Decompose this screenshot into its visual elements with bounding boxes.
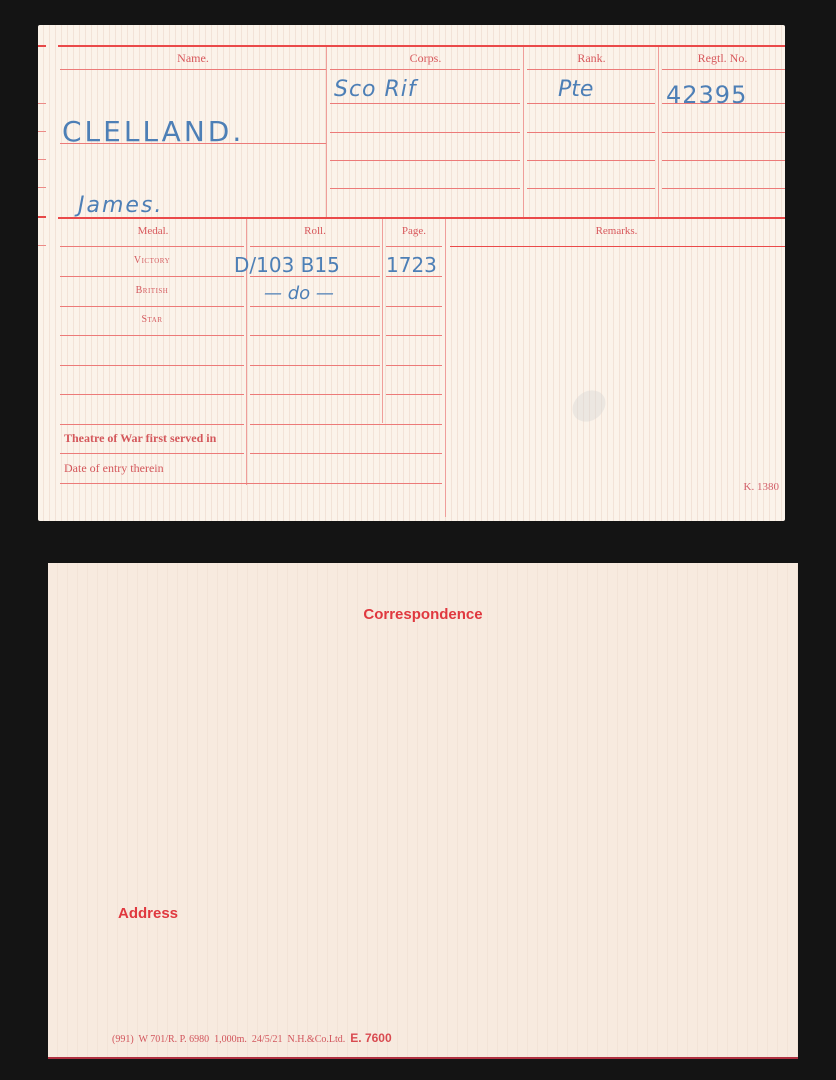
medal-row-rule (386, 306, 442, 307)
margin-tick (38, 45, 46, 47)
name-header-rule (60, 69, 326, 70)
regtl-header-rule (662, 69, 785, 70)
watermark-leaf-icon (568, 384, 610, 427)
forename-entry: James. (78, 193, 163, 218)
row-rule (330, 188, 520, 189)
british-roll-entry: — do — (264, 283, 334, 304)
section-rule (58, 217, 785, 219)
regtl-no-header: Regtl. No. (660, 51, 785, 66)
row-rule (330, 103, 520, 104)
form-number: K. 1380 (744, 481, 779, 493)
row-rule (330, 132, 520, 133)
date-of-entry-label: Date of entry therein (64, 461, 164, 476)
row-rule (662, 188, 785, 189)
medal-row-rule (60, 306, 244, 307)
column-divider (658, 47, 659, 217)
printer-imprint-text: (991) W 701/R. P. 6980 1,000m. 24/5/21 N… (112, 1034, 345, 1045)
medal-row-rule (386, 394, 442, 395)
remarks-header: Remarks. (448, 225, 785, 237)
corps-header: Corps. (328, 51, 523, 66)
corps-header-rule (330, 69, 520, 70)
margin-tick (38, 245, 46, 246)
medal-row-rule (60, 424, 244, 425)
roll-header: Roll. (248, 225, 382, 237)
medal-star-label: Star (60, 314, 244, 325)
row-rule (527, 188, 655, 189)
row-rule (662, 132, 785, 133)
victory-page-entry: 1723 (386, 253, 437, 277)
row-rule (527, 132, 655, 133)
row-rule (662, 160, 785, 161)
medal-row-rule (60, 365, 244, 366)
medal-row-rule (250, 306, 380, 307)
rank-entry: Pte (558, 77, 593, 102)
rank-header-rule (527, 69, 655, 70)
medal-row-rule (250, 365, 380, 366)
top-rule (58, 45, 785, 47)
margin-tick (38, 216, 46, 218)
row-rule (527, 160, 655, 161)
theatre-of-war-value (250, 427, 442, 451)
medal-row-rule (250, 246, 380, 247)
printer-imprint: (991) W 701/R. P. 6980 1,000m. 24/5/21 N… (112, 1031, 392, 1045)
column-divider (382, 219, 383, 423)
medal-row-rule (60, 394, 244, 395)
margin-tick (38, 159, 46, 160)
medal-row-rule (386, 335, 442, 336)
victory-roll-entry: D/103 B15 (234, 253, 340, 277)
medal-row-rule (250, 453, 442, 454)
row-rule (330, 160, 520, 161)
medal-victory-label: Victory (60, 255, 244, 266)
remarks-rule (450, 246, 785, 247)
column-divider (523, 47, 524, 217)
correspondence-label: Correspondence (48, 606, 798, 623)
margin-tick (38, 103, 46, 104)
medal-row-rule (386, 246, 442, 247)
medal-row-rule (250, 394, 380, 395)
margin-tick (38, 131, 46, 132)
corps-entry: Sco Rif (334, 77, 417, 102)
medal-row-rule (60, 335, 244, 336)
name-header: Name. (60, 51, 326, 66)
medal-row-rule (386, 365, 442, 366)
page-header: Page. (384, 225, 444, 237)
medal-header: Medal. (60, 225, 246, 237)
medal-index-card-back: Correspondence Address (991) W 701/R. P.… (48, 563, 798, 1059)
medal-row-rule (60, 246, 244, 247)
date-of-entry-value (250, 456, 442, 480)
print-code: E. 7600 (350, 1031, 391, 1045)
margin-tick (38, 187, 46, 188)
column-divider (326, 47, 327, 217)
row-rule (527, 103, 655, 104)
medal-row-rule (250, 424, 442, 425)
address-label: Address (118, 905, 178, 922)
medal-row-rule (60, 453, 244, 454)
medal-row-rule (60, 276, 244, 277)
medal-row-rule (250, 335, 380, 336)
medal-british-label: British (60, 285, 244, 296)
medal-index-card-front: Name. Corps. Rank. Regtl. No. CLELLAND. … (38, 25, 785, 521)
surname-entry: CLELLAND. (62, 115, 244, 148)
medal-row-rule (60, 483, 442, 484)
theatre-of-war-label: Theatre of War first served in (64, 431, 216, 446)
regtl-no-entry: 42395 (666, 81, 747, 109)
column-divider (445, 219, 446, 517)
rank-header: Rank. (525, 51, 658, 66)
